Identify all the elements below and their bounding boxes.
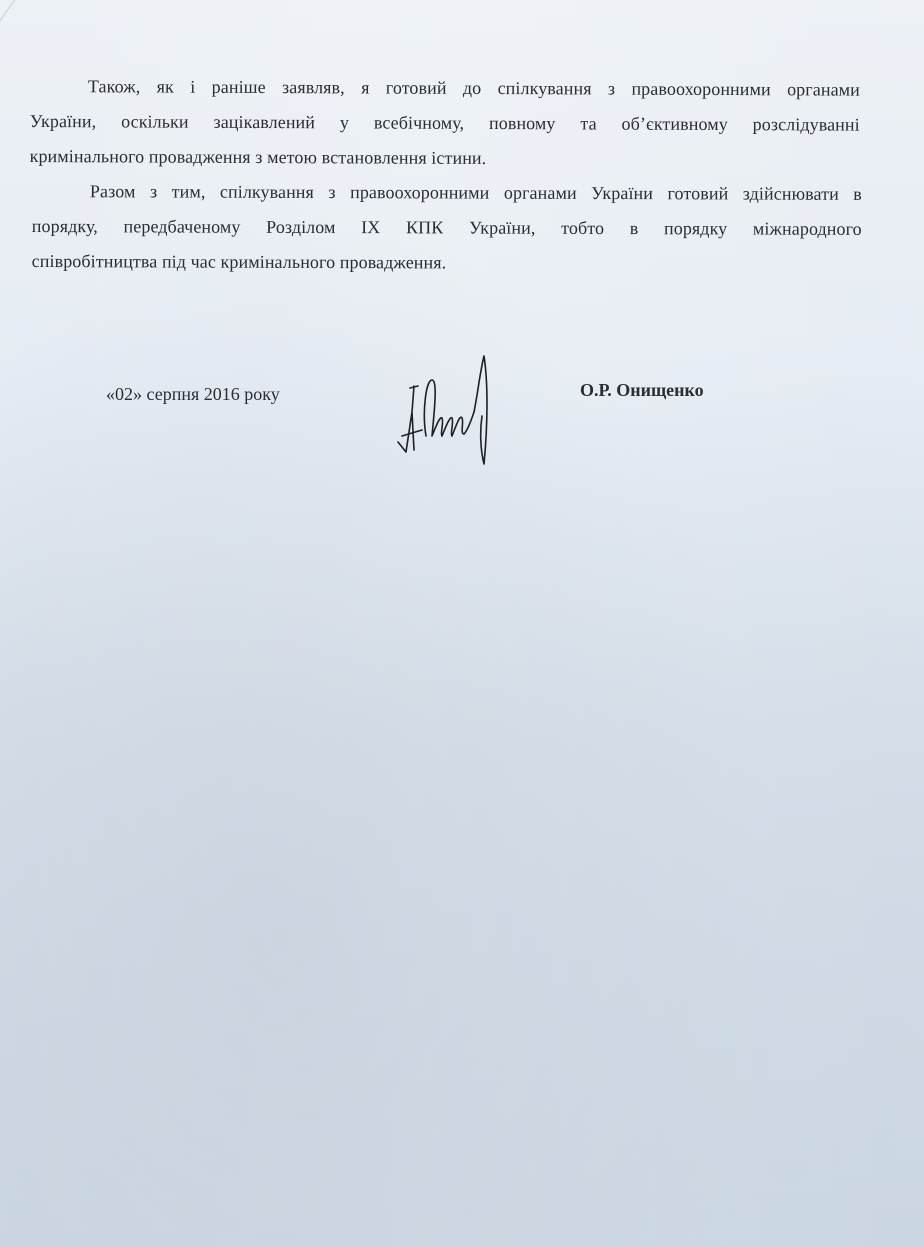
paragraph-line: України, оскільки зацікавлений у всебічн…	[30, 104, 860, 143]
paragraph-line: порядку, передбаченому Розділом IX КПК У…	[32, 209, 862, 247]
paragraph-line: Також, як і раніше заявляв, я готовий до…	[30, 69, 860, 108]
paragraph-cooperation-statement: Також, як і раніше заявляв, я готовий до…	[30, 69, 860, 178]
signature-date: «02» серпня 2016 року	[106, 384, 280, 405]
paragraph-line: Разом з тим, спілкування з правоохоронни…	[32, 174, 862, 212]
handwritten-signature-icon	[392, 352, 502, 470]
signatory-name: О.Р. Онищенко	[580, 380, 704, 401]
page-corner-fold	[0, 0, 15, 22]
paragraph-procedure-statement: Разом з тим, спілкування з правоохоронни…	[32, 174, 862, 282]
signature-block: «02» серпня 2016 року О.Р. Онищенко	[0, 380, 924, 480]
paragraph-line: кримінального провадження з метою встано…	[30, 139, 860, 178]
paragraph-line: співробітництва під час кримінального пр…	[32, 244, 862, 282]
